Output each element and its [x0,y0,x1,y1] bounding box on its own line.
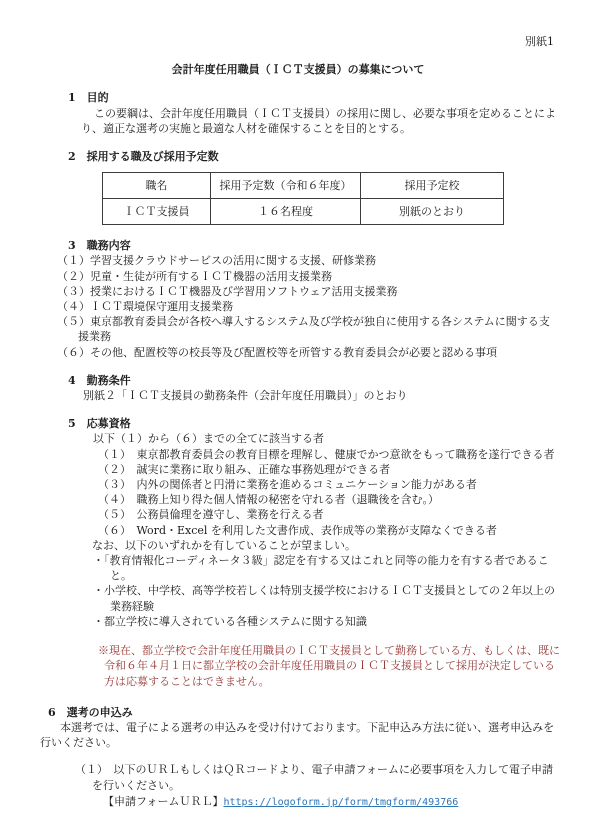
eligibility-warning-text: ※現在、都立学校で会計年度任用職員のＩＣＴ支援員として勤務している方、もしくは、… [98,643,562,689]
form-url-link[interactable]: https://logoform.jp/form/tmgform/493766 [223,797,458,808]
recruit-table-data-row: ＩＣＴ支援員 １６名程度 別紙のとおり [103,199,504,225]
desired-skill-item: ・都立学校に導入されている各種システムに関する知識 [93,614,556,629]
section-qualifications-heading: 5 応募資格 [68,416,556,431]
qualification-item: （５） 公務員倫理を遵守し、業務を行える者 [98,507,556,522]
section-recruit-heading: 2 採用する職及び採用予定数 [68,149,556,164]
attachment-number-label: 別紙1 [40,34,556,49]
qualifications-note: なお、以下のいずれかを有していることが望ましい。 [92,538,556,553]
qualification-item: （１） 東京都教育委員会の教育目標を理解し、健康でかつ意欲をもって職務を遂行でき… [98,447,556,462]
desired-skill-item: ・「教育情報化コーディネータ３級」認定を有する又はこれと同等の能力を有する者であ… [93,553,556,583]
section-purpose-body: この要綱は、会計年度任用職員（ＩＣＴ支援員）の採用に関し、必要な事項を定めること… [81,106,556,136]
desired-skill-list: ・「教育情報化コーディネータ３級」認定を有する又はこれと同等の能力を有する者であ… [93,553,556,629]
section-application-body: 本選考では、電子による選考の申込みを受け付けております。下記申込み方法に従い、選… [40,720,556,750]
qualification-item: （３） 内外の関係者と円滑に業務を進めるコミュニケーション能力がある者 [98,477,556,492]
section-duties-heading: 3 職務内容 [68,238,556,253]
duty-item: （１）学習支援クラウドサービスの活用に関する支援、研修業務 [57,253,556,268]
recruit-table-header-schools: 採用予定校 [361,173,504,199]
application-step-1: （１） 以下のＵＲＬもしくはＱＲコードより、電子申請フォームに必要事項を入力して… [75,762,559,792]
recruit-table-header-jobtitle: 職名 [103,173,211,199]
section-conditions-heading: 4 勤務条件 [68,373,556,388]
application-form-url-line: 【申請フォームＵＲＬ】https://logoform.jp/form/tmgf… [103,794,556,810]
section-purpose-heading: 1 目的 [68,90,556,105]
duty-list: （１）学習支援クラウドサービスの活用に関する支援、研修業務 （２）児童・生徒が所… [57,253,556,359]
duty-item: （５）東京都教育委員会が各校へ導入するシステム及び学校が独自に使用する各システム… [57,314,556,344]
section-duties: 3 職務内容 （１）学習支援クラウドサービスの活用に関する支援、研修業務 （２）… [40,238,556,360]
section-conditions: 4 勤務条件 別紙２「ＩＣＴ支援員の勤務条件（会計年度任用職員）」のとおり [40,373,556,403]
duty-item: （４）ＩＣＴ環境保守運用支援業務 [57,299,556,314]
form-url-label: 【申請フォームＵＲＬ】 [103,795,223,808]
section-purpose: 1 目的 この要綱は、会計年度任用職員（ＩＣＴ支援員）の採用に関し、必要な事項を… [40,90,556,136]
section-qualifications: 5 応募資格 以下（１）から（６）までの全てに該当する者 （１） 東京都教育委員… [40,416,556,688]
section-application: 6 選考の申込み 本選考では、電子による選考の申込みを受け付けております。下記申… [40,705,556,810]
recruit-table-cell-count: １６名程度 [211,199,361,225]
qualification-item: （６） Word・Excel を利用した文書作成、表作成等の業務が支障なくできる… [98,523,556,538]
section-application-heading: 6 選考の申込み [48,705,556,720]
recruit-table-header-row: 職名 採用予定数（令和６年度） 採用予定校 [103,173,504,199]
section-recruit: 2 採用する職及び採用予定数 職名 採用予定数（令和６年度） 採用予定校 ＩＣＴ… [40,149,556,225]
recruit-table: 職名 採用予定数（令和６年度） 採用予定校 ＩＣＴ支援員 １６名程度 別紙のとお… [102,172,504,225]
recruit-table-header-count: 採用予定数（令和６年度） [211,173,361,199]
section-conditions-body: 別紙２「ＩＣＴ支援員の勤務条件（会計年度任用職員）」のとおり [83,388,556,403]
duty-item: （６）その他、配置校等の校長等及び配置校等を所管する教育委員会が必要と認める事項 [57,345,556,360]
qualification-list: （１） 東京都教育委員会の教育目標を理解し、健康でかつ意欲をもって職務を遂行でき… [98,447,556,538]
qualifications-intro: 以下（１）から（６）までの全てに該当する者 [93,431,556,446]
desired-skill-item: ・小学校、中学校、高等学校若しくは特別支援学校におけるＩＣＴ支援員としての２年以… [93,583,556,613]
document-title: 会計年度任用職員（ＩＣＴ支援員）の募集について [40,62,556,77]
duty-item: （３）授業におけるＩＣＴ機器及び学習用ソフトウェア活用支援業務 [57,284,556,299]
duty-item: （２）児童・生徒が所有するＩＣＴ機器の活用支援業務 [57,269,556,284]
document-page: 別紙1 会計年度任用職員（ＩＣＴ支援員）の募集について 1 目的 この要綱は、会… [0,0,600,833]
qualification-item: （４） 職務上知り得た個人情報の秘密を守れる者（退職後を含む。） [98,492,556,507]
recruit-table-cell-jobtitle: ＩＣＴ支援員 [103,199,211,225]
recruit-table-cell-schools: 別紙のとおり [361,199,504,225]
qualification-item: （２） 誠実に業務に取り組み、正確な事務処理ができる者 [98,462,556,477]
